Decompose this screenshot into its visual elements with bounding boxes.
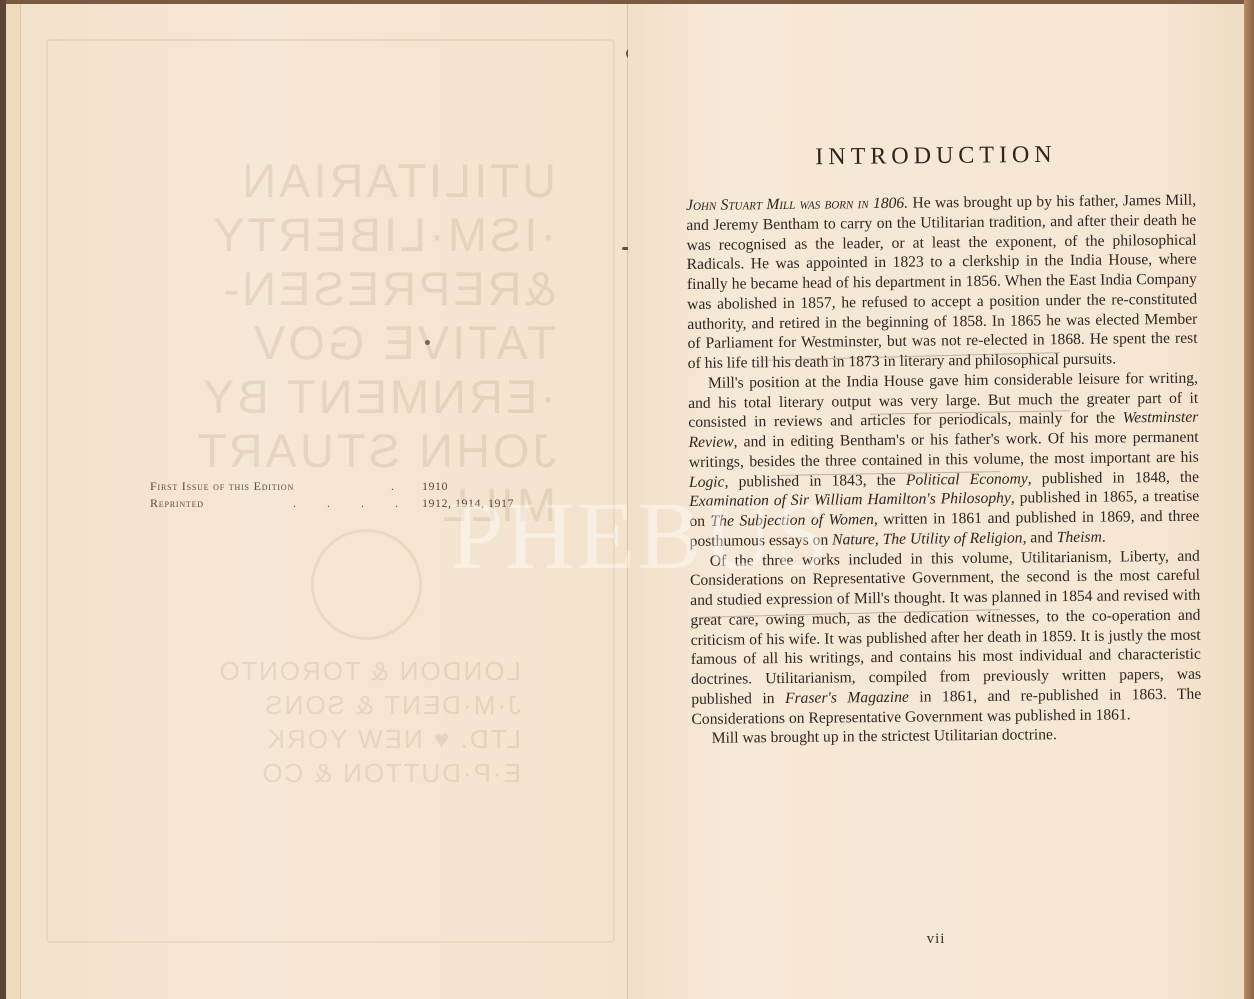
edition-leader-dots: . <box>360 478 416 495</box>
show-through-publisher: LONDON & TORONTO J·M·DENT & SONS LTD. ♥ … <box>221 654 521 790</box>
text-run: , and <box>1022 529 1056 546</box>
title-theism: Theism <box>1057 528 1102 545</box>
edition-leader-dots: . . . . <box>266 495 416 512</box>
lead-text: John Stuart Mill was born in 1806. <box>686 195 908 214</box>
introduction-body: John Stuart Mill was born in 1806. He wa… <box>686 191 1202 749</box>
text-run: , published in 1848, the <box>1028 468 1199 487</box>
text-run: , and in editing Bentham's or his father… <box>689 429 1199 471</box>
show-through-seal-icon <box>311 529 422 640</box>
title-nature-utility: Nature, The Utility of Religion <box>832 529 1023 548</box>
watermark: PHEBUS <box>450 488 830 584</box>
title-frasers-magazine: Fraser's Magazine <box>785 688 909 706</box>
page-number: vii <box>628 931 1244 948</box>
text-run: . <box>1102 528 1106 545</box>
edition-label: First Issue of this Edition <box>150 478 360 495</box>
paragraph-text: He was brought up by his father, James M… <box>686 192 1197 372</box>
cover-edge-right <box>1244 0 1254 999</box>
ink-speck <box>425 340 430 345</box>
book-spread: UTILITARIAN ·ISM·LIBERTY &REPRESEN- TATI… <box>0 0 1254 999</box>
paragraph: John Stuart Mill was born in 1806. He wa… <box>686 191 1198 374</box>
show-through-title: UTILITARIAN ·ISM·LIBERTY &REPRESEN- TATI… <box>196 154 556 532</box>
page-edge-strip <box>6 4 21 999</box>
edition-value: 1910 <box>416 478 448 495</box>
edition-label: Reprinted <box>150 495 266 512</box>
text-run: Mill was brought up in the strictest Uti… <box>712 726 1057 747</box>
